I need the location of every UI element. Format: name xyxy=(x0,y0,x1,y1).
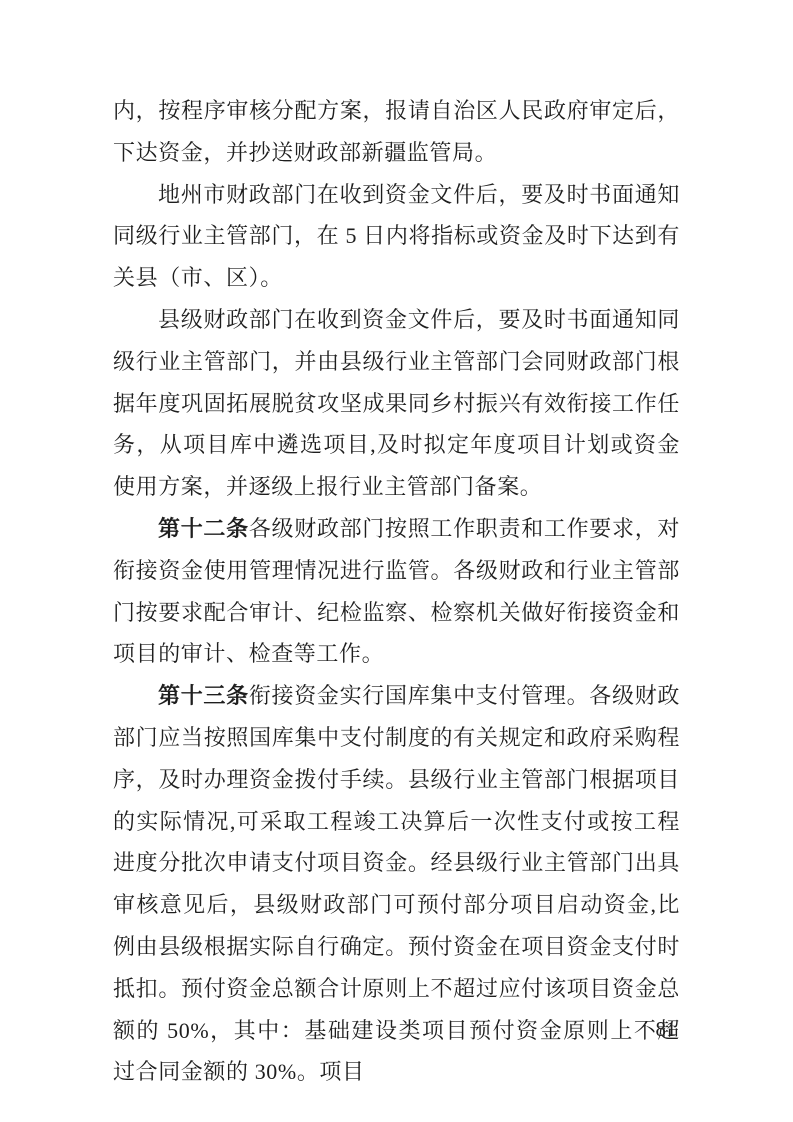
paragraph: 内，按程序审核分配方案，报请自治区人民政府审定后，下达资金，并抄送财政部新疆监管… xyxy=(113,90,680,174)
paragraph-text: 内，按程序审核分配方案，报请自治区人民政府审定后，下达资金，并抄送财政部新疆监管… xyxy=(113,98,680,165)
paragraph: 县级财政部门在收到资金文件后，要及时书面通知同级行业主管部门，并由县级行业主管部… xyxy=(113,299,680,508)
page-number: 81 xyxy=(646,1015,686,1043)
paragraph: 第十三条衔接资金实行国库集中支付管理。各级财政部门应当按照国库集中支付制度的有关… xyxy=(113,675,680,1093)
clause-number: 第十三条 xyxy=(158,683,249,708)
paragraph-text: 地州市财政部门在收到资金文件后，要及时书面通知同级行业主管部门，在 5 日内将指… xyxy=(113,182,680,291)
paragraph: 地州市财政部门在收到资金文件后，要及时书面通知同级行业主管部门，在 5 日内将指… xyxy=(113,174,680,299)
document-page: 内，按程序审核分配方案，报请自治区人民政府审定后，下达资金，并抄送财政部新疆监管… xyxy=(0,0,793,1122)
paragraph-text: 衔接资金实行国库集中支付管理。各级财政部门应当按照国库集中支付制度的有关规定和政… xyxy=(113,683,680,1084)
clause-number: 第十二条 xyxy=(158,516,249,541)
paragraph: 第十二条各级财政部门按照工作职责和工作要求，对衔接资金使用管理情况进行监管。各级… xyxy=(113,508,680,675)
document-body: 内，按程序审核分配方案，报请自治区人民政府审定后，下达资金，并抄送财政部新疆监管… xyxy=(113,90,680,1093)
paragraph-text: 县级财政部门在收到资金文件后，要及时书面通知同级行业主管部门，并由县级行业主管部… xyxy=(113,307,680,499)
